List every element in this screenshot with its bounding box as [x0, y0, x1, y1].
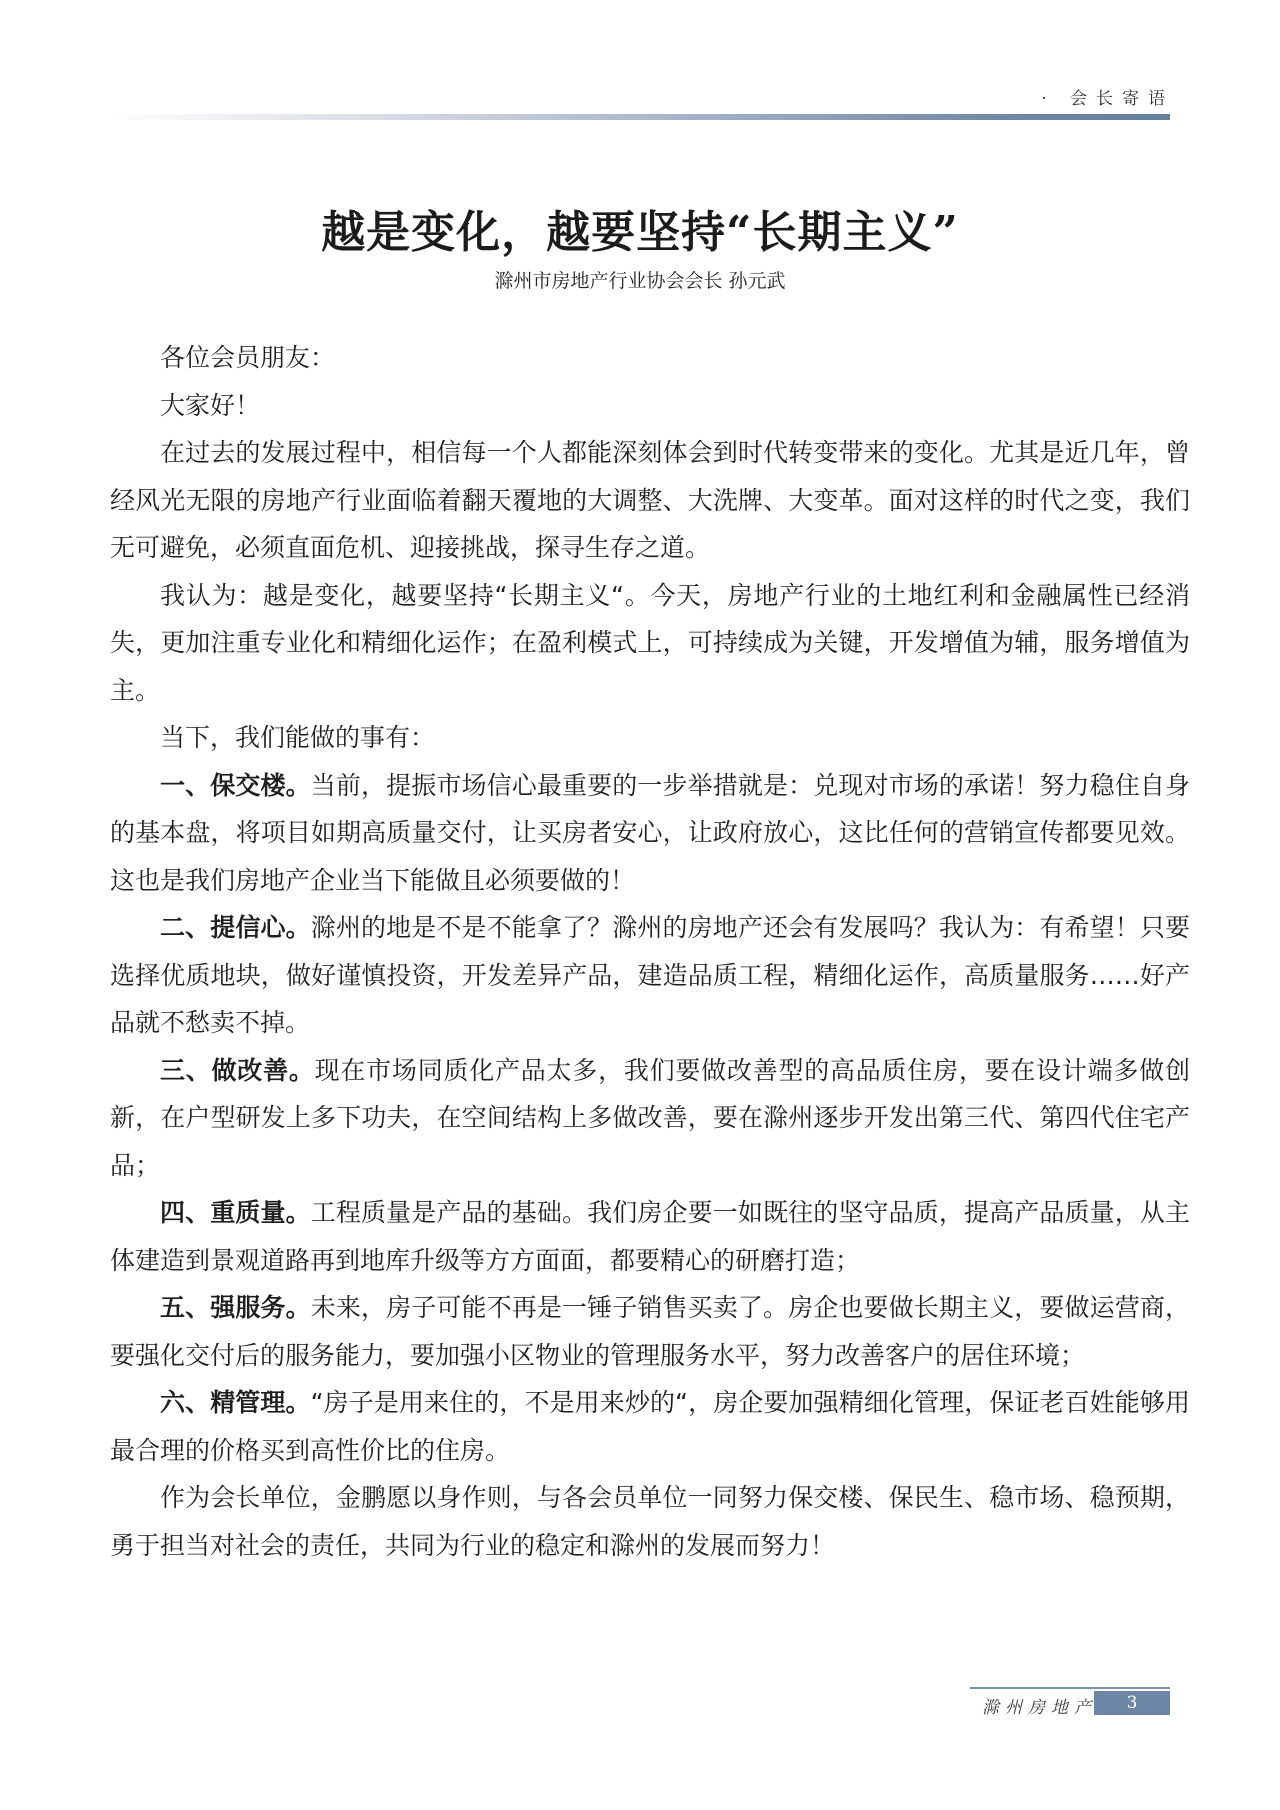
article-byline: 滁州市房地产行业协会会长 孙元武 — [0, 266, 1280, 293]
footer-brand: 滁州房地产 — [982, 1693, 1097, 1718]
salutation: 各位会员朋友： — [110, 334, 1190, 382]
paragraph-lead: 二、提信心。 — [160, 913, 311, 942]
paragraph-intro: 在过去的发展过程中，相信每一个人都能深刻体会到时代转变带来的变化。尤其是近几年，… — [110, 429, 1190, 572]
paragraph-thesis: 我认为：越是变化，越要坚持“长期主义“。今天，房地产行业的土地红利和金融属性已经… — [110, 572, 1190, 715]
footer-divider — [970, 1687, 1170, 1689]
paragraph-text: 当下，我们能做的事有： — [160, 723, 435, 752]
paragraph-point-2: 二、提信心。滁州的地是不是不能拿了？滁州的房地产还会有发展吗？我认为：有希望！只… — [110, 904, 1190, 1047]
paragraph-lead: 五、强服务。 — [160, 1293, 311, 1322]
paragraph-point-1: 一、保交楼。当前，提振市场信心最重要的一步举措就是：兑现对市场的承诺！努力稳住自… — [110, 762, 1190, 905]
section-label: · 会长寄语 — [1041, 84, 1174, 109]
article-body: 各位会员朋友： 大家好！ 在过去的发展过程中，相信每一个人都能深刻体会到时代转变… — [110, 334, 1190, 1569]
paragraph-lead: 三、做改善。 — [160, 1056, 315, 1085]
header-divider-bar — [110, 114, 1170, 120]
paragraph-text: 作为会长单位，金鹏愿以身作则，与各会员单位一同努力保交楼、保民生、稳市场、稳预期… — [110, 1483, 1190, 1560]
paragraph-point-3: 三、做改善。现在市场同质化产品太多，我们要做改善型的高品质住房，要在设计端多做创… — [110, 1047, 1190, 1190]
paragraph-text: 在过去的发展过程中，相信每一个人都能深刻体会到时代转变带来的变化。尤其是近几年，… — [110, 438, 1190, 562]
page-number: 3 — [1094, 1691, 1170, 1715]
paragraph-point-5: 五、强服务。未来，房子可能不再是一锤子销售买卖了。房企也要做长期主义，要做运营商… — [110, 1284, 1190, 1379]
greeting: 大家好！ — [110, 382, 1190, 430]
paragraph-closing: 作为会长单位，金鹏愿以身作则，与各会员单位一同努力保交楼、保民生、稳市场、稳预期… — [110, 1474, 1190, 1569]
paragraph-point-4: 四、重质量。工程质量是产品的基础。我们房企要一如既往的坚守品质，提高产品质量，从… — [110, 1189, 1190, 1284]
paragraph-lead: 六、精管理。 — [160, 1388, 311, 1417]
paragraph-lead: 四、重质量。 — [160, 1198, 311, 1227]
paragraph-point-6: 六、精管理。“房子是用来住的，不是用来炒的“，房企要加强精细化管理，保证老百姓能… — [110, 1379, 1190, 1474]
paragraph-text: 我认为：越是变化，越要坚持“长期主义“。今天，房地产行业的土地红利和金融属性已经… — [110, 581, 1190, 705]
paragraph-lead: 一、保交楼。 — [160, 771, 311, 800]
article-title: 越是变化，越要坚持“长期主义” — [0, 196, 1280, 260]
paragraph-list-intro: 当下，我们能做的事有： — [110, 714, 1190, 762]
